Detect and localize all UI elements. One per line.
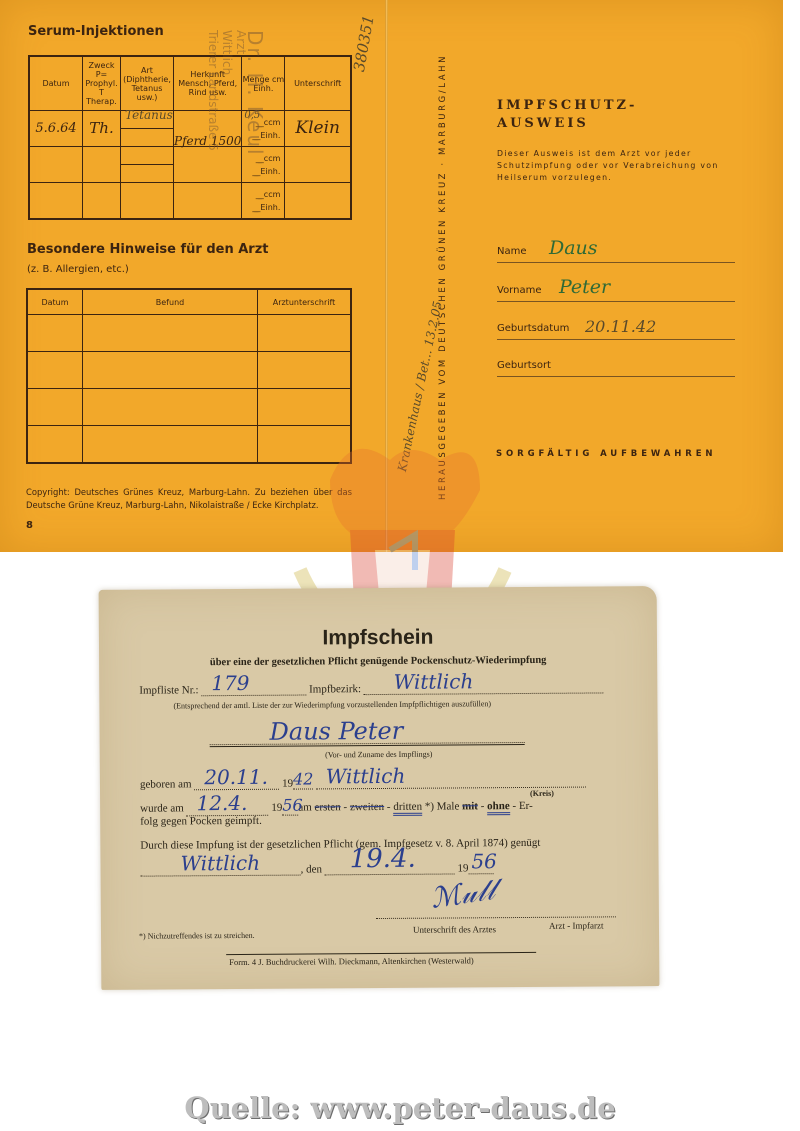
impfliste-value: 179 (211, 671, 249, 695)
column-header: Art (Diphtherie, Tetanus usw.) (121, 56, 174, 111)
impfschein-title: Impfschein (99, 624, 657, 652)
field-label: Vorname (497, 285, 541, 296)
field-vorname: Vorname Peter (497, 275, 735, 302)
kreis-label: (Kreis) (530, 789, 554, 798)
card-title-line1: IMPFSCHUTZ- (497, 97, 637, 115)
source-watermark: Quelle: www.peter-daus.de (0, 1091, 800, 1125)
serum-injections-table: Datum Zweck P= Prophyl. T Therap. Art (D… (28, 55, 352, 220)
impfschein-certificate: Impfschein über eine der gesetzlichen Pf… (99, 586, 660, 990)
unit-einh: Einh. (242, 165, 284, 178)
handwritten-number: 380351 (350, 14, 378, 74)
stamp-name: Dr. H. Keul (248, 30, 262, 157)
cell-datum: 5.6.64 (29, 111, 83, 147)
impfbezirk-value: Wittlich (394, 669, 474, 694)
issue-year: 56 (471, 849, 497, 873)
erfolg-text: - Er- (512, 800, 532, 812)
issue-line: Wittlich, den 19.4. 1956 (141, 859, 494, 876)
impfling-name-line: Daus Peter (210, 724, 525, 745)
field-geburtsort: Geburtsort (497, 350, 735, 377)
column-header: Zweck P= Prophyl. T Therap. (83, 56, 121, 111)
card-title-line2: AUSWEIS (497, 115, 637, 133)
cell-art: Tetanus (121, 111, 173, 129)
column-header: Arztunterschrift (258, 289, 352, 315)
folg-line: folg gegen Pocken geimpft. (140, 815, 262, 828)
table-header-row: Datum Befund Arztunterschrift (27, 289, 351, 315)
field-label: Name (497, 246, 527, 257)
page-number: 8 (26, 520, 33, 531)
male-text: *) Male (425, 800, 460, 812)
field-name: Name Daus (497, 236, 735, 263)
field-label: Geburtsort (497, 360, 551, 371)
field-geburtsdatum: Geburtsdatum 20.11.42 (497, 313, 735, 340)
impfschein-subtitle: über eine der gesetzlichen Pflicht genüg… (99, 654, 657, 669)
table-row: ccmEinh. (29, 183, 351, 220)
den-label: , den (301, 863, 322, 875)
option-ohne: ohne (487, 800, 510, 815)
stamp-street: Trierer Landstraße 5 (206, 30, 220, 157)
option-dritten: dritten (393, 801, 422, 816)
signature-caption: Unterschrift des Arztes (413, 924, 496, 935)
column-header: Datum (27, 289, 83, 315)
form-divider (226, 952, 536, 955)
impfling-name-caption: (Vor- und Zuname des Impflings) (100, 748, 658, 761)
footnote: *) Nichzutreffendes ist zu streichen. (139, 931, 255, 941)
unit-einh: Einh. (242, 201, 284, 214)
doctor-stamp: Dr. H. Keul Arzt Wittlich Trierer Landst… (206, 30, 262, 157)
option-zweiten: zweiten (350, 801, 384, 813)
hinweise-section-subtitle: (z. B. Allergien, etc.) (27, 264, 129, 275)
stamp-city: Wittlich (220, 30, 234, 157)
printer-caption: Form. 4 J. Buchdruckerei Wilh. Dieckmann… (229, 955, 474, 967)
impfliste-note: (Entsprechend der amtl. Liste der zur Wi… (173, 699, 491, 710)
field-value: 20.11.42 (585, 317, 656, 336)
unit-ccm: ccm (242, 188, 284, 201)
year-prefix: 19 (457, 862, 468, 874)
year-prefix: 19 (271, 802, 282, 814)
issue-place: Wittlich (180, 851, 260, 876)
field-value: Peter (559, 276, 610, 298)
wurde-label: wurde am (140, 802, 184, 814)
wurde-year: 56 (282, 796, 302, 815)
table-row (27, 352, 351, 389)
column-header: Datum (29, 56, 83, 111)
impfliste-line: Impfliste Nr.: 179 Impfbezirk: Wittlich (139, 678, 604, 696)
field-value: Daus (549, 237, 598, 259)
column-header: Befund (83, 289, 258, 315)
geboren-date: 20.11. (204, 765, 268, 789)
serum-section-title: Serum-Injektionen (28, 24, 164, 39)
table-header-row: Datum Zweck P= Prophyl. T Therap. Art (D… (29, 56, 351, 111)
table-row: ccmEinh. (29, 147, 351, 183)
storage-note: SORGFÄLTIG AUFBEWAHREN (496, 449, 716, 459)
card-title: IMPFSCHUTZ- AUSWEIS (497, 97, 637, 133)
wurde-line: wurde am 12.4. 1956am ersten - zweiten -… (140, 799, 533, 817)
impfling-name-value: Daus Peter (270, 717, 404, 746)
impfliste-label: Impfliste Nr.: (139, 684, 198, 696)
year-prefix: 19 (282, 778, 293, 790)
issue-date: 19.4. (350, 844, 416, 874)
geboren-year: 42 (293, 769, 313, 788)
cell-unterschrift: Klein (285, 111, 351, 147)
column-header: Unterschrift (285, 56, 351, 111)
arzt-caption: Arzt - Impfarzt (549, 920, 604, 930)
impfbezirk-label: Impfbezirk: (309, 683, 361, 695)
geboren-line: geboren am 20.11. 1942 Wittlich (140, 773, 586, 791)
field-label: Geburtsdatum (497, 323, 569, 334)
geboren-place: Wittlich (326, 764, 406, 789)
cell-zweck: Th. (83, 111, 121, 147)
doctor-signature: ℳ𝓊𝓁𝓁 (429, 873, 498, 916)
option-mit: mit (462, 800, 478, 812)
card-intro-text: Dieser Ausweis ist dem Arzt vor jeder Sc… (497, 148, 737, 184)
wurde-date: 12.4. (196, 791, 247, 815)
table-row: 5.6.64 Th. Tetanus Pferd 1500 0,5 ccm Ei… (29, 111, 351, 147)
signature-line (376, 916, 616, 919)
table-row (27, 315, 351, 352)
geboren-label: geboren am (140, 778, 192, 790)
option-ersten: ersten (314, 801, 340, 813)
hinweise-section-title: Besondere Hinweise für den Arzt (27, 242, 268, 257)
